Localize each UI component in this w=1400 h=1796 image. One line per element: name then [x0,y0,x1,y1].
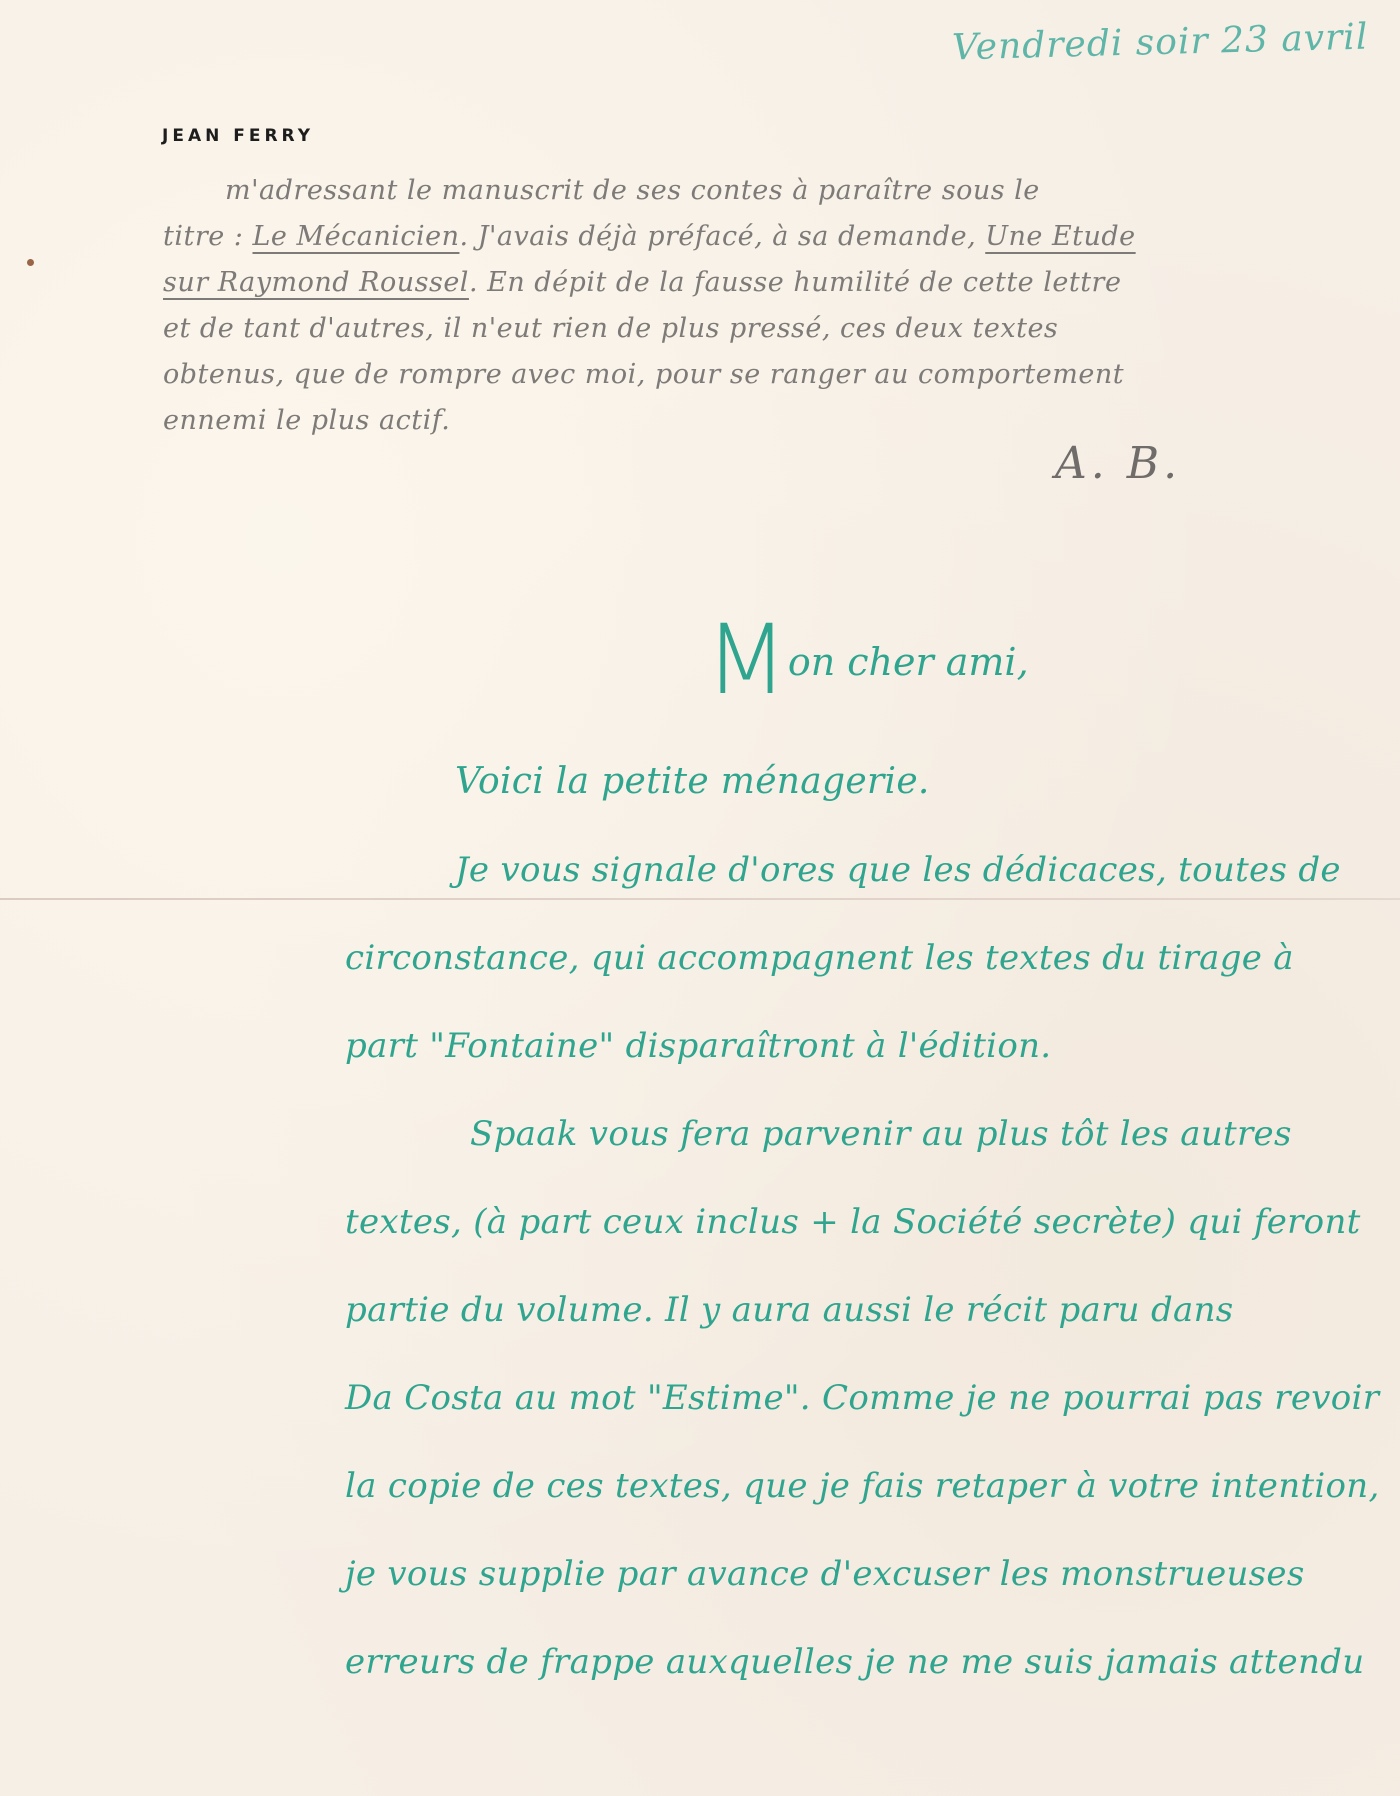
letter-body: Voici la petite ménagerie. Je vous signa… [345,738,1385,1706]
letterhead: JEAN FERRY [162,126,314,146]
ink-stain-mark [27,259,34,266]
book-title-une-etude: Une Etude [985,221,1135,252]
letter-line-2: Je vous signale d'ores que les dédicaces… [345,826,1385,914]
pencil-line-1: m'adressant le manuscrit de ses contes à… [163,168,1343,214]
letter-line-1: Voici la petite ménagerie. [345,738,1385,826]
letter-line-11: erreurs de frappe auxquelles je ne me su… [345,1618,1385,1706]
letter-line-10: je vous supplie par avance d'excuser les… [345,1530,1385,1618]
letter-line-3: circonstance, qui accompagnent les texte… [345,914,1385,1002]
letter-line-4: part "Fontaine" disparaîtront à l'éditio… [345,1002,1385,1090]
pencil-text: . J'avais déjà préfacé, à sa demande, [459,221,985,252]
book-title-raymond-roussel: sur Raymond Roussel [163,267,469,298]
letter-line-6: textes, (à part ceux inclus + la Société… [345,1178,1385,1266]
salutation-text: on cher ami, [788,640,1029,684]
book-title-le-mecanicien: Le Mécanicien [252,221,459,252]
pencil-line-2: titre : Le Mécanicien. J'avais déjà préf… [163,214,1343,260]
pencil-line-5: obtenus, que de rompre avec moi, pour se… [163,352,1343,398]
salutation: Mon cher ami, [705,612,1029,708]
pencil-initials-signature: A. B. [1055,438,1181,489]
pencil-line-3: sur Raymond Roussel. En dépit de la faus… [163,260,1343,306]
letter-line-5: Spaak vous fera parvenir au plus tôt les… [345,1090,1385,1178]
pencil-annotation: m'adressant le manuscrit de ses contes à… [163,168,1343,444]
letter-line-8: Da Costa au mot "Estime". Comme je ne po… [345,1354,1385,1442]
letter-line-9: la copie de ces textes, que je fais reta… [345,1442,1385,1530]
letter-line-7: partie du volume. Il y aura aussi le réc… [345,1266,1385,1354]
pencil-text: . En dépit de la fausse humilité de cett… [469,267,1121,298]
pencil-text: titre : [163,221,252,252]
pencil-line-4: et de tant d'autres, il n'eut rien de pl… [163,306,1343,352]
salutation-initial: M [705,604,788,716]
